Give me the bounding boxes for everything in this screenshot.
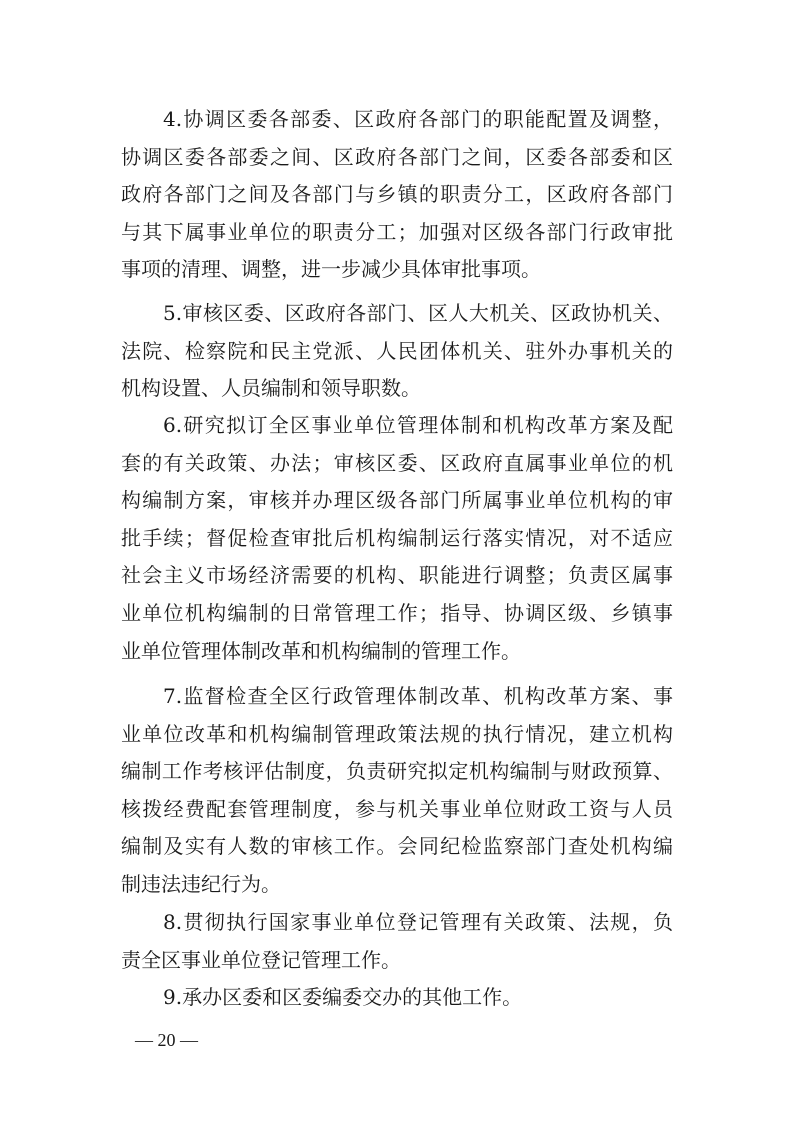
text-line: 编制及实有人数的审核工作。会同纪检监察部门查处机构编 [121,828,673,866]
text-line: 6.研究拟订全区事业单位管理体制和机构改革方案及配 [121,407,673,445]
text-line: 核拨经费配套管理制度，参与机关事业单位财政工资与人员 [121,791,673,829]
text-line: 7.监督检查全区行政管理体制改革、机构改革方案、事 [121,678,673,716]
document-page: 4.协调区委各部委、区政府各部门的职能配置及调整， 协调区委各部委之间、区政府各… [0,0,793,1122]
text-line: 机构设置、人员编制和领导职数。 [121,370,673,408]
page-number: — 20 — [135,1027,198,1053]
text-line: 5.审核区委、区政府各部门、区人大机关、区政协机关、 [121,295,673,333]
text-line: 构编制方案，审核并办理区级各部门所属事业单位机构的审 [121,482,673,520]
paragraph-item-5: 5.审核区委、区政府各部门、区人大机关、区政协机关、 法院、检察院和民主党派、人… [121,295,673,408]
text-line: 协调区委各部委之间、区政府各部门之间，区委各部委和区 [121,139,673,177]
text-line: 责全区事业单位登记管理工作。 [121,942,673,980]
text-line: 与其下属事业单位的职责分工；加强对区级各部门行政审批 [121,214,673,252]
paragraph-item-7: 7.监督检查全区行政管理体制改革、机构改革方案、事 业单位改革和机构编制管理政策… [121,678,673,904]
text-line: 制违法违纪行为。 [121,866,673,904]
paragraph-item-6: 6.研究拟订全区事业单位管理体制和机构改革方案及配 套的有关政策、办法；审核区委… [121,407,673,670]
text-line: 社会主义市场经济需要的机构、职能进行调整；负责区属事 [121,557,673,595]
text-line: 政府各部门之间及各部门与乡镇的职责分工，区政府各部门 [121,176,673,214]
text-line: 编制工作考核评估制度，负责研究拟定机构编制与财政预算、 [121,753,673,791]
text-line: 8.贯彻执行国家事业单位登记管理有关政策、法规，负 [121,904,673,942]
text-line: 法院、检察院和民主党派、人民团体机关、驻外办事机关的 [121,333,673,371]
text-line: 批手续；督促检查审批后机构编制运行落实情况，对不适应 [121,520,673,558]
paragraph-item-8: 8.贯彻执行国家事业单位登记管理有关政策、法规，负 责全区事业单位登记管理工作。 [121,904,673,979]
text-line: 业单位机构编制的日常管理工作；指导、协调区级、乡镇事 [121,595,673,633]
text-line: 事项的清理、调整，进一步减少具体审批事项。 [121,251,673,289]
paragraph-item-4: 4.协调区委各部委、区政府各部门的职能配置及调整， 协调区委各部委之间、区政府各… [121,101,673,289]
text-line: 4.协调区委各部委、区政府各部门的职能配置及调整， [121,101,673,139]
paragraph-item-9: 9.承办区委和区委编委交办的其他工作。 [121,979,673,1017]
text-line: 9.承办区委和区委编委交办的其他工作。 [121,979,673,1017]
text-line: 业单位改革和机构编制管理政策法规的执行情况，建立机构 [121,716,673,754]
text-line: 业单位管理体制改革和机构编制的管理工作。 [121,633,673,671]
text-line: 套的有关政策、办法；审核区委、区政府直属事业单位的机 [121,445,673,483]
